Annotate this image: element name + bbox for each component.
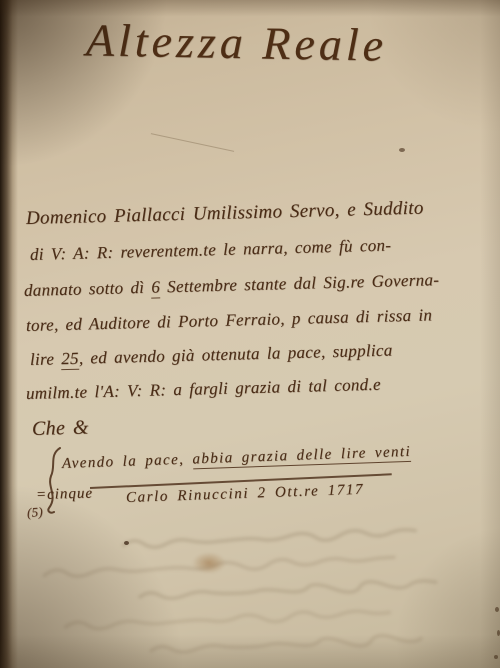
page-title: Altezza Reale	[86, 13, 388, 71]
manuscript-page: Altezza Reale Domenico Piallacci Umiliss…	[0, 0, 500, 668]
body-line-3-post: Settembre stante dal Sig.re Governa-	[160, 270, 440, 296]
underlined-number-25: 25	[61, 349, 79, 370]
body-line-7: Che &	[32, 417, 89, 441]
ink-speck	[124, 541, 129, 545]
body-line-5-pre: lire	[30, 349, 62, 369]
ink-speck	[494, 655, 498, 659]
body-line-1: Domenico Piallacci Umilissimo Servo, e S…	[26, 198, 424, 230]
body-line-3-pre: dannato sotto dì	[24, 278, 152, 300]
body-line-6: umilm.te l'A: V: R: a fargli grazia di t…	[26, 375, 381, 404]
rescript-line-1-pre: Avendo la pace,	[62, 451, 193, 472]
rescript-line-1: Avendo la pace, abbia grazia delle lire …	[62, 444, 412, 473]
rescript-underlined-grant: abbia grazia delle lire venti	[192, 444, 411, 470]
body-line-2: di V: A: R: reverentem.te le narra, come…	[30, 236, 392, 265]
ink-speck	[399, 148, 405, 152]
rescript-line-2-prefix: =cinque	[36, 486, 94, 504]
margin-mark: (5)	[26, 504, 43, 521]
body-line-5: lire 25, ed avendo già ottenuta la pace,…	[30, 341, 393, 370]
body-line-5-post: , ed avendo già ottenuta la pace, suppli…	[79, 341, 393, 368]
signature: Carlo Rinuccini 2 Ott.re 1717	[126, 482, 365, 507]
paper-scratch-mark	[151, 133, 234, 152]
paper-stain	[192, 552, 226, 574]
body-line-4: tore, ed Auditore di Porto Ferraio, p ca…	[26, 305, 433, 336]
bleedthrough-ghost-writing	[0, 528, 500, 668]
body-line-3: dannato sotto dì 6 Settembre stante dal …	[24, 270, 440, 301]
ink-speck	[495, 607, 499, 612]
